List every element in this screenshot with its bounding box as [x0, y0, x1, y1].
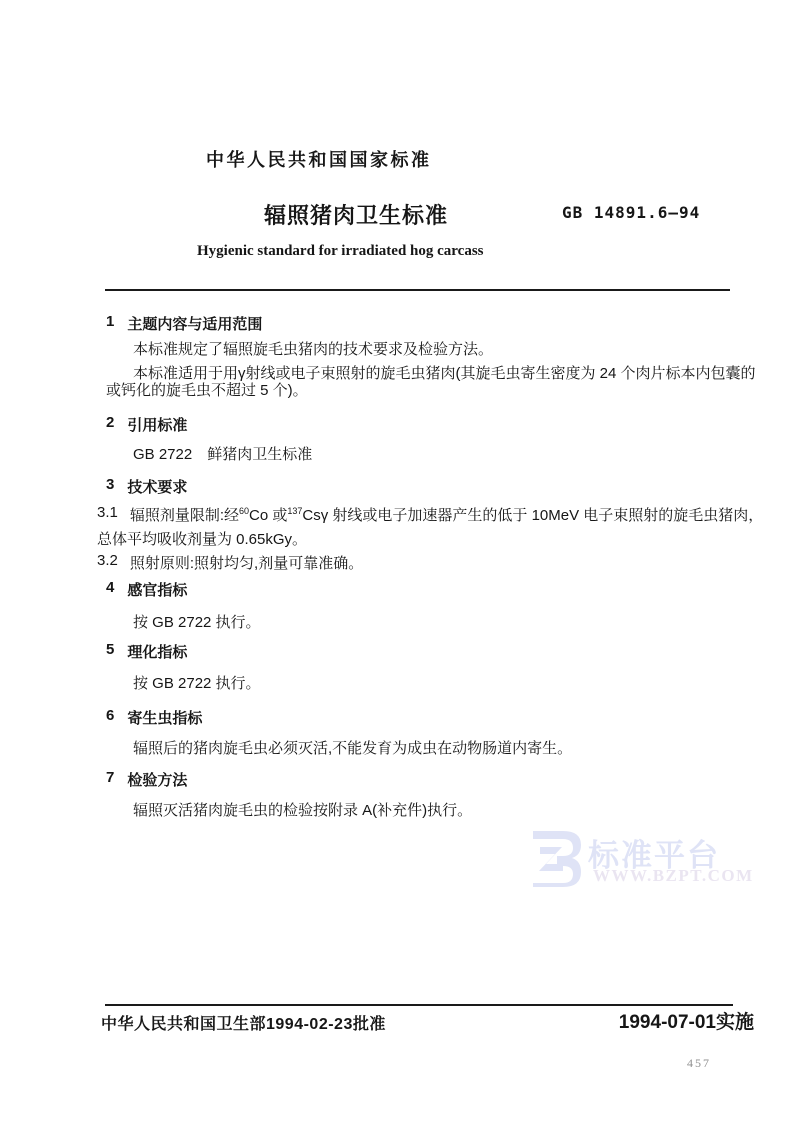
section-4-title: 感官指标	[127, 579, 187, 600]
section-6-text: 辐照后的猪肉旋毛虫必须灭活,不能发育为成虫在动物肠道内寄生。	[133, 737, 572, 758]
document-title-en: Hygienic standard for irradiated hog car…	[197, 243, 484, 260]
footer-implementation-text: 1994-07-01实施	[558, 1007, 754, 1034]
section-4-text: 按 GB 2722 执行。	[133, 611, 261, 632]
section-3-number: 3	[106, 476, 114, 497]
clause-3-1-line-2: 总体平均吸收剂量为 0.65kGy。	[97, 528, 307, 549]
clause-3-1-number: 3.1	[97, 504, 118, 525]
page-number: 457	[687, 1056, 711, 1071]
clause-3-1-text: 辐照剂量限制:经60Co 或137Csγ 射线或电子加速器产生的低于 10MeV…	[130, 504, 763, 525]
section-7-number: 7	[106, 769, 114, 790]
section-1-number: 1	[106, 313, 114, 334]
section-2-title: 引用标准	[127, 414, 187, 435]
section-5-number: 5	[106, 641, 114, 662]
section-1-heading: 1 主题内容与适用范围	[106, 313, 262, 334]
section-3-heading: 3 技术要求	[106, 476, 187, 497]
document-page: 中华人民共和国国家标准 辐照猪肉卫生标准 GB 14891.6—94 Hygie…	[0, 0, 800, 1134]
section-6-heading: 6 寄生虫指标	[106, 707, 202, 728]
isotope-137-superscript: 137	[287, 506, 302, 516]
footer-approval-text: 中华人民共和国卫生部1994-02-23批准	[101, 1011, 386, 1034]
document-title-cn: 辐照猪肉卫生标准	[264, 199, 448, 230]
section-7-heading: 7 检验方法	[106, 769, 187, 790]
section-2-reference: GB 2722 鲜猪肉卫生标准	[133, 443, 312, 464]
section-2-heading: 2 引用标准	[106, 414, 187, 435]
clause-3-1-line-1: 3.1 辐照剂量限制:经60Co 或137Csγ 射线或电子加速器产生的低于 1…	[97, 504, 763, 525]
section-4-heading: 4 感官指标	[106, 579, 187, 600]
section-1-title: 主题内容与适用范围	[127, 313, 262, 334]
section-4-number: 4	[106, 579, 114, 600]
section-5-text: 按 GB 2722 执行。	[133, 672, 261, 693]
national-standard-heading: 中华人民共和国国家标准	[206, 146, 432, 172]
header-divider-line	[105, 289, 730, 291]
clause-3-2-number: 3.2	[97, 552, 118, 573]
watermark-url-text: WWW.BZPT.COM	[593, 866, 754, 886]
clause-3-2-text: 照射原则:照射均匀,剂量可靠准确。	[130, 552, 363, 573]
section-5-title: 理化指标	[127, 641, 187, 662]
section-5-heading: 5 理化指标	[106, 641, 187, 662]
section-7-text: 辐照灭活猪肉旋毛虫的检验按附录 A(补充件)执行。	[133, 799, 472, 820]
watermark-logo-icon	[523, 827, 585, 896]
section-7-title: 检验方法	[127, 769, 187, 790]
footer-divider-line	[105, 1004, 733, 1006]
standard-code: GB 14891.6—94	[562, 203, 700, 222]
section-6-number: 6	[106, 707, 114, 728]
isotope-60-superscript: 60	[239, 506, 249, 516]
section-6-title: 寄生虫指标	[127, 707, 202, 728]
section-1-paragraph-1: 本标准规定了辐照旋毛虫猪肉的技术要求及检验方法。	[133, 338, 493, 359]
clause-3-2: 3.2 照射原则:照射均匀,剂量可靠准确。	[97, 552, 363, 573]
section-2-number: 2	[106, 414, 114, 435]
section-3-title: 技术要求	[127, 476, 187, 497]
section-1-paragraph-2-line-2: 或钙化的旋毛虫不超过 5 个)。	[106, 379, 308, 400]
